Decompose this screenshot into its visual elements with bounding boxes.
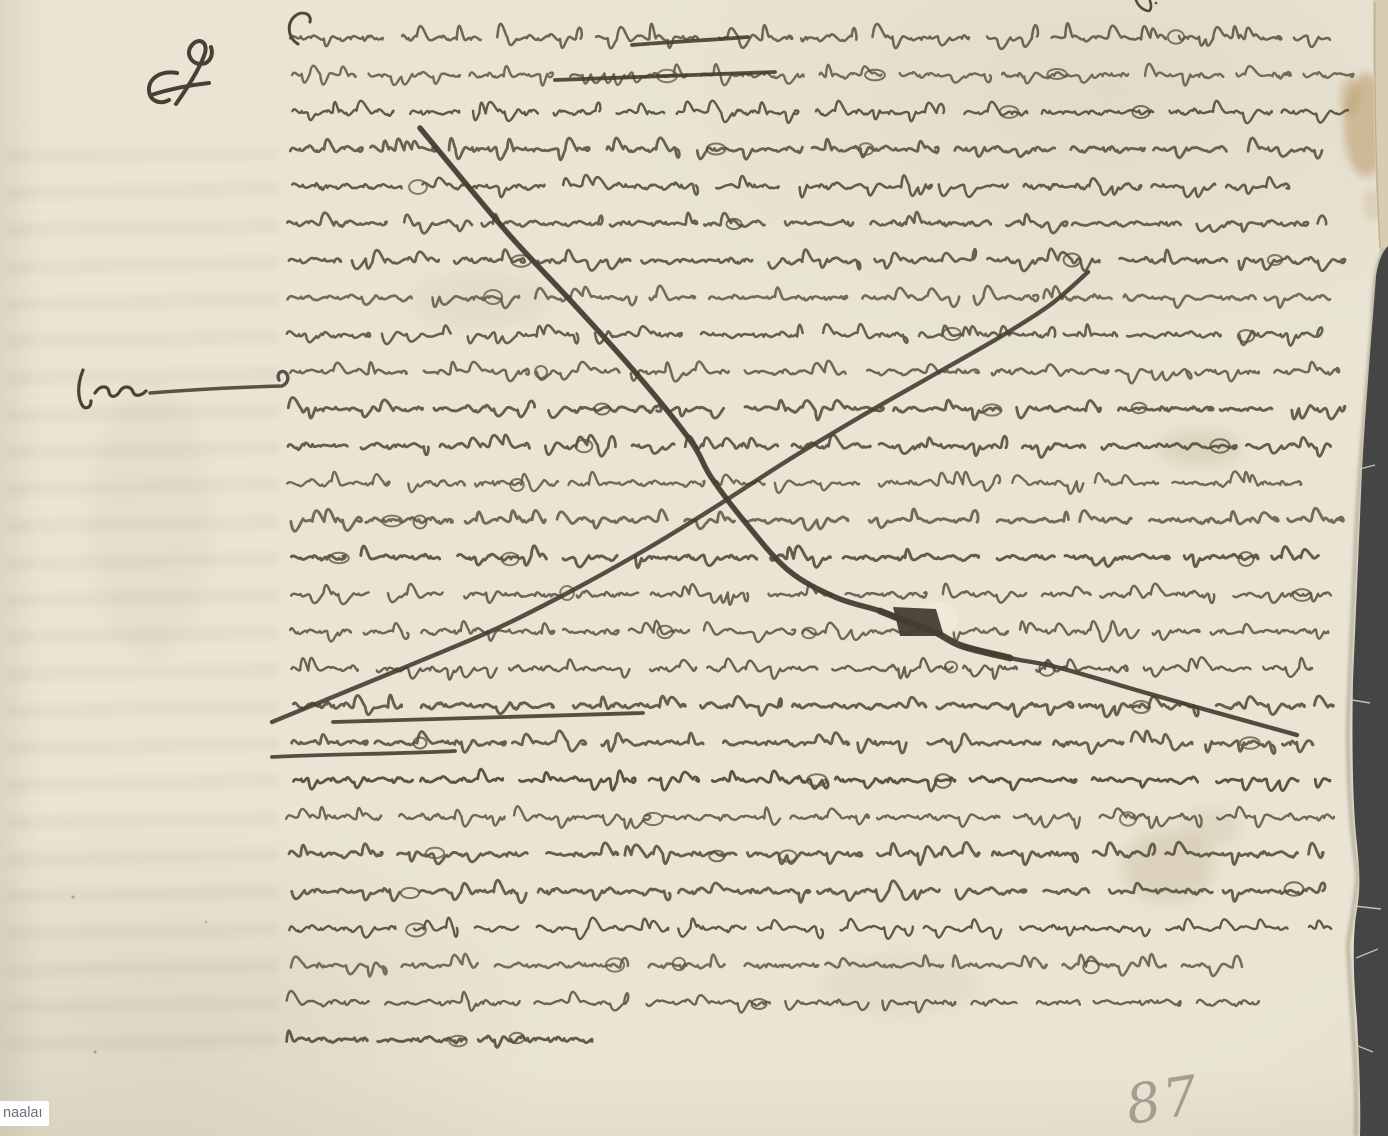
marginal-monogram [149, 41, 212, 104]
document-scan-viewport: 87 naalaı [0, 0, 1388, 1136]
margin-specks [72, 896, 208, 1054]
handwriting-loop [409, 180, 427, 194]
ink-wedge-blob [893, 607, 944, 636]
cross-out-stroke-a [962, 646, 1297, 735]
handwriting-line [291, 508, 1344, 531]
top-edge-cutoff-mark [1136, 0, 1157, 11]
status-bar-tooltip: naalaı [0, 1101, 49, 1126]
handwriting-line [290, 361, 1339, 384]
handwriting-loop [401, 888, 419, 898]
handwriting-loop [1048, 69, 1067, 79]
handwriting-line [287, 991, 1259, 1012]
manuscript-art: 87 [0, 0, 1388, 1136]
handwriting-line [287, 471, 1301, 493]
marginal-note-word [79, 370, 91, 408]
folio-number: 87 [1122, 1063, 1206, 1136]
handwriting-line [286, 806, 1334, 828]
parchment-stains [90, 73, 1388, 1017]
cross-out-stroke-a [420, 128, 908, 622]
scan-dark-background [1352, 246, 1388, 1136]
handwriting-loop [1285, 882, 1304, 895]
handwriting-line [290, 23, 1330, 49]
handwriting-line [293, 695, 1333, 717]
handwriting-line [289, 249, 1345, 271]
handwriting-text-block [286, 23, 1353, 1047]
handwriting-line [288, 398, 1345, 420]
handwriting-loop [1168, 30, 1184, 43]
handwriting-line [289, 918, 1331, 939]
handwriting-line [293, 769, 1330, 791]
handwriting-line [291, 546, 1318, 568]
word-strikethrough [333, 713, 643, 722]
cross-out-stroke-b [272, 272, 1088, 722]
handwriting-line [291, 657, 1312, 679]
marginal-note [79, 370, 288, 408]
handwriting-line [287, 212, 1326, 233]
marginal-note-connector [150, 371, 288, 393]
handwriting-line [292, 175, 1289, 197]
word-strikethrough [272, 751, 455, 757]
handwriting-line [287, 324, 1322, 345]
handwriting-line [287, 1031, 593, 1048]
handwriting-line [293, 101, 1349, 124]
handwriting-line [292, 64, 1353, 86]
opening-initial-flourish [289, 13, 310, 44]
big-cross-out [272, 128, 1297, 735]
